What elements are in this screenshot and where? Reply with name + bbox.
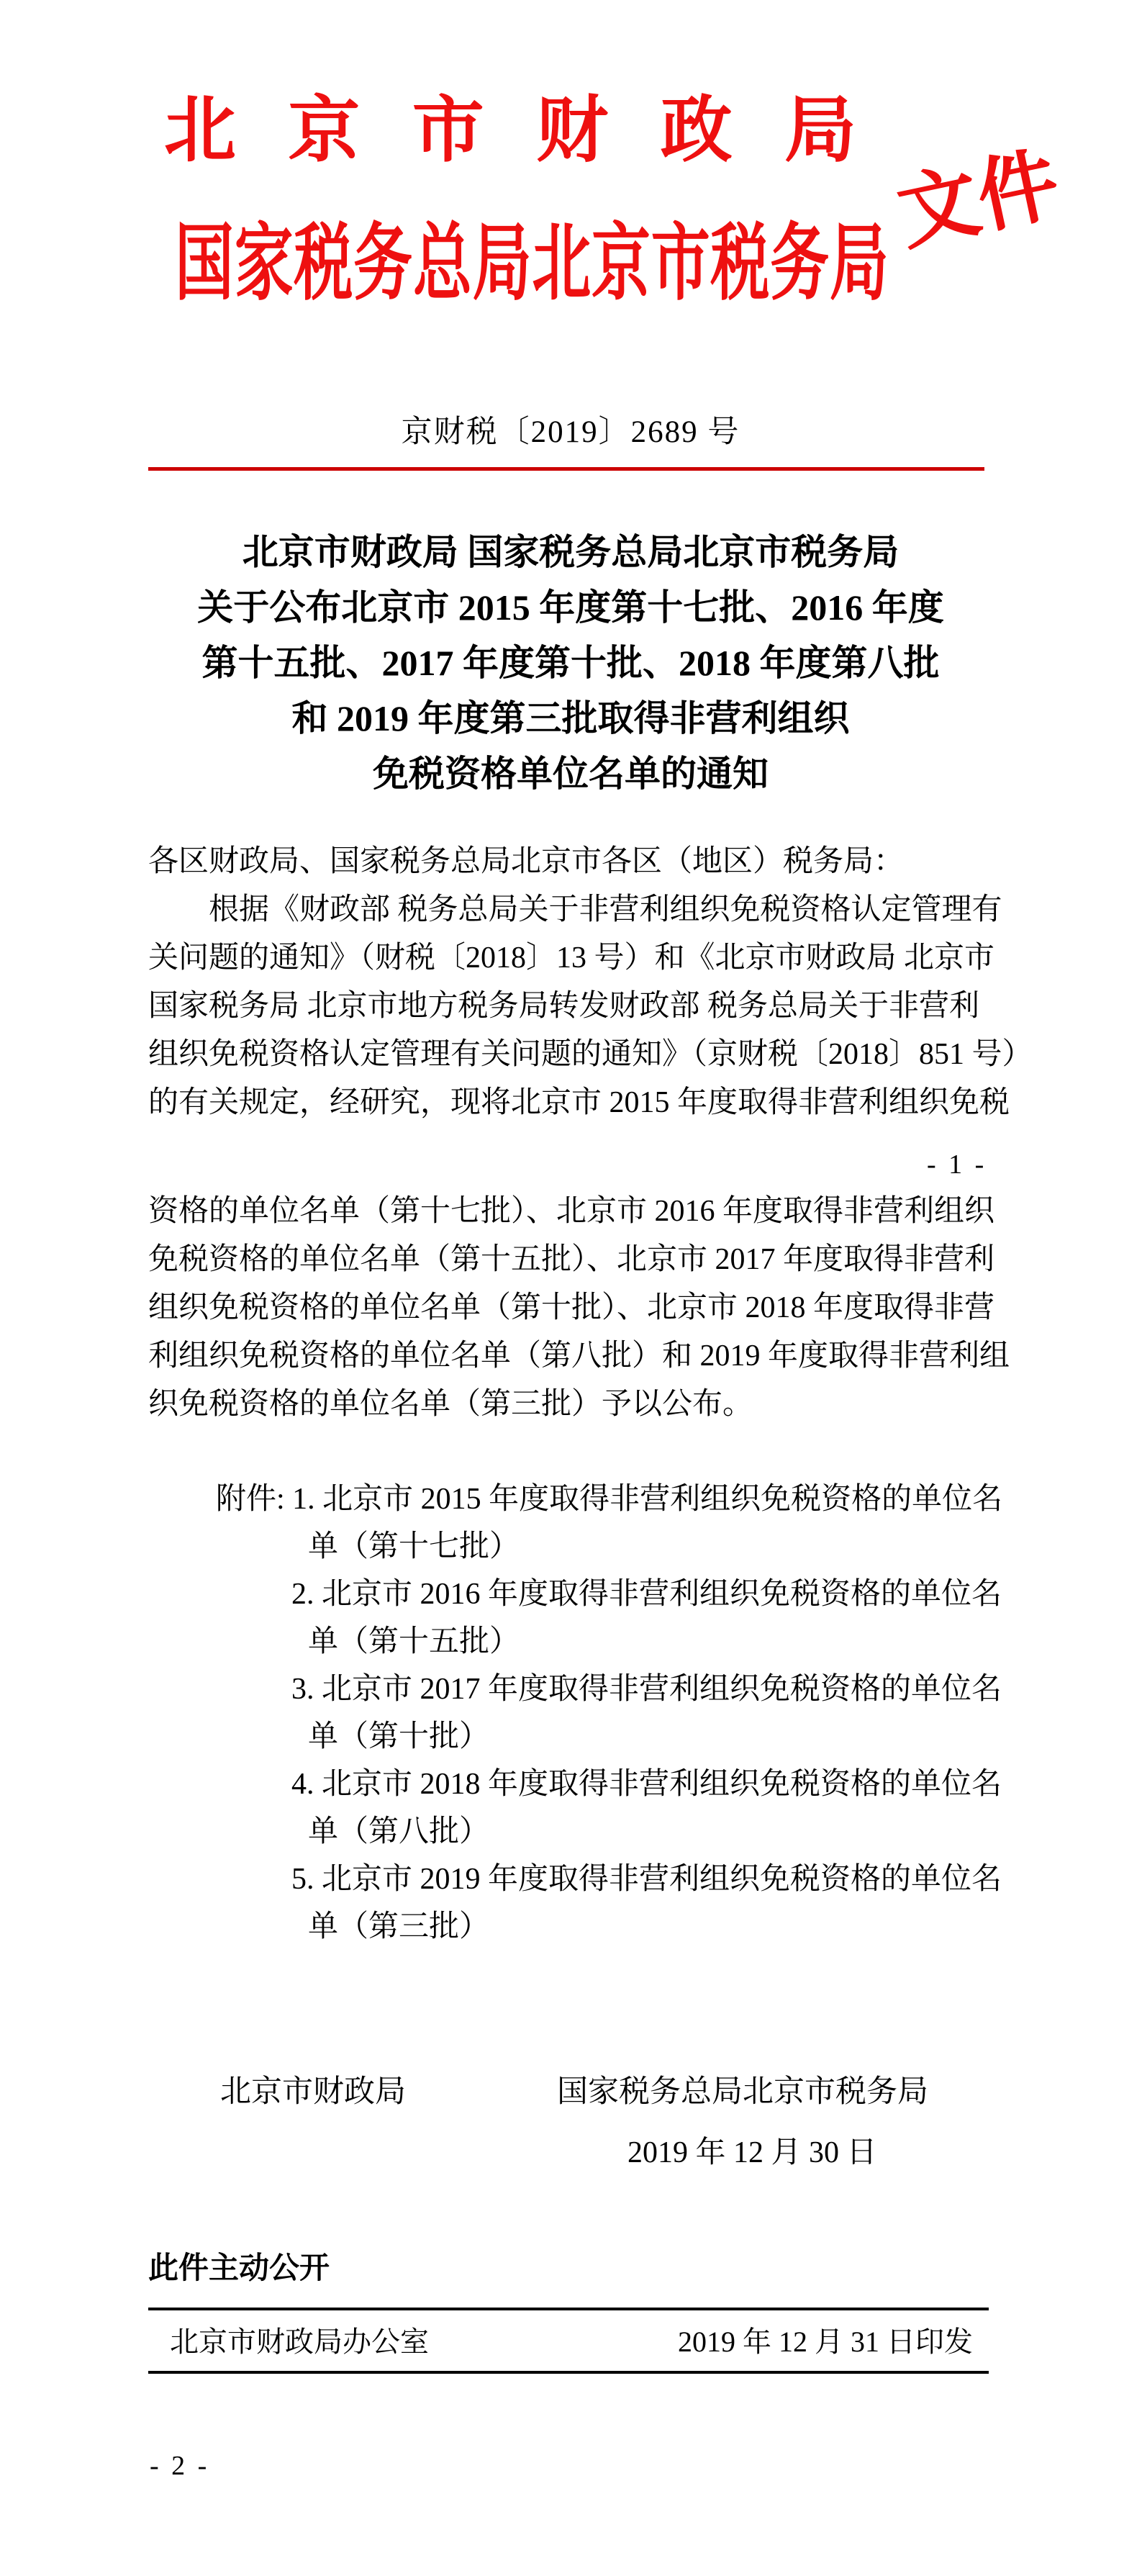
letterhead-char: 财 [536, 91, 608, 171]
attachments-list: 附件: 1. 北京市 2015 年度取得非营利组织免税资格的单位名 单（第十七批… [148, 1475, 1105, 1951]
body-line: 的有关规定，经研究，现将北京市 2015 年度取得非营利组织免税 [148, 1079, 1105, 1127]
title-line-4: 和 2019 年度第三批取得非营利组织 [112, 691, 1029, 746]
letterhead-char: 市 [412, 91, 484, 171]
letterhead-char: 务 [770, 220, 829, 308]
title-line-1: 北京市财政局 国家税务总局北京市税务局 [112, 525, 1029, 580]
letterhead-agency-line2: 国家税务总局北京市税务局 [175, 220, 889, 308]
signature-agency-left: 北京市财政局 [220, 2074, 406, 2110]
body-line: 组织免税资格认定管理有关问题的通知》（京财税〔2018〕851 号） [148, 1031, 1105, 1079]
title-line-3: 第十五批、2017 年度第十批、2018 年度第八批 [112, 636, 1029, 691]
footer-print-date: 2019 年 12 月 31 日印发 [678, 2322, 973, 2362]
attachment-item-4: 4. 北京市 2018 年度取得非营利组织免税资格的单位名 [148, 1761, 1105, 1808]
letterhead-char: 务 [353, 220, 412, 308]
body-line: 织免税资格的单位名单（第三批）予以公布。 [148, 1380, 1105, 1429]
red-divider-rule [148, 467, 984, 471]
letterhead-char: 家 [235, 220, 294, 308]
attachment-item-1: 附件: 1. 北京市 2015 年度取得非营利组织免税资格的单位名 [148, 1475, 1105, 1523]
letterhead-doc-type-label: 文件 [892, 144, 1066, 256]
footer-issuing-office: 北京市财政局办公室 [170, 2322, 429, 2362]
attachment-item-4-cont: 单（第八批） [148, 1808, 1105, 1856]
title-line-2: 关于公布北京市 2015 年度第十七批、2016 年度 [112, 580, 1029, 636]
letterhead-char: 税 [294, 220, 353, 308]
doc-reference-number: 京财税〔2019〕2689 号 [148, 415, 993, 451]
attachment-item-5: 5. 北京市 2019 年度取得非营利组织免税资格的单位名 [148, 1856, 1105, 1903]
body-line: 关问题的通知》（财税〔2018〕13 号）和《北京市财政局 北京市 [148, 934, 1105, 982]
letterhead-char: 京 [288, 91, 360, 171]
footer-row: 北京市财政局办公室 2019 年 12 月 31 日印发 [148, 2322, 989, 2362]
letterhead-char: 局 [473, 220, 532, 308]
attachment-item-2: 2. 北京市 2016 年度取得非营利组织免税资格的单位名 [148, 1571, 1105, 1618]
letterhead-agency-line1: 北京市财政局 [164, 91, 856, 171]
official-document-page: 北京市财政局 国家税务总局北京市税务局 文件 京财税〔2019〕2689 号 北… [0, 0, 1142, 2576]
body-line: 组织免税资格的单位名单（第十批）、北京市 2018 年度取得非营 [148, 1284, 1105, 1332]
footer-rule-top [148, 2308, 989, 2310]
attachment-item-3: 3. 北京市 2017 年度取得非营利组织免税资格的单位名 [148, 1666, 1105, 1713]
body-page2: 资格的单位名单（第十七批）、北京市 2016 年度取得非营利组织 免税资格的单位… [148, 1188, 1105, 1429]
signature-date: 2019 年 12 月 30 日 [627, 2135, 877, 2171]
letterhead-char: 市 [651, 220, 710, 308]
letterhead-char: 北 [164, 91, 236, 171]
letterhead-char: 税 [710, 220, 769, 308]
page-number-1: - 1 - [927, 1149, 987, 1180]
footer-rule-bottom [148, 2371, 989, 2374]
page-number-2: - 2 - [150, 2450, 209, 2482]
letterhead-char: 北 [532, 220, 591, 308]
disclosure-note: 此件主动公开 [148, 2250, 330, 2287]
letterhead-char: 政 [661, 91, 733, 171]
notice-title: 北京市财政局 国家税务总局北京市税务局 关于公布北京市 2015 年度第十七批、… [112, 525, 1029, 802]
letterhead-char: 局 [830, 220, 889, 308]
attachment-item-3-cont: 单（第十批） [148, 1713, 1105, 1761]
letterhead-char: 局 [784, 91, 856, 171]
body-line: 资格的单位名单（第十七批）、北京市 2016 年度取得非营利组织 [148, 1188, 1105, 1236]
letterhead-char: 国 [175, 220, 234, 308]
attachment-item-5-cont: 单（第三批） [148, 1903, 1105, 1951]
body-page1: 各区财政局、国家税务总局北京市各区（地区）税务局： 根据《财政部 税务总局关于非… [148, 838, 1105, 1127]
salutation-line: 各区财政局、国家税务总局北京市各区（地区）税务局： [148, 838, 1105, 886]
title-line-5: 免税资格单位名单的通知 [112, 746, 1029, 802]
attachment-item-1-cont: 单（第十七批） [148, 1523, 1105, 1571]
body-line: 根据《财政部 税务总局关于非营利组织免税资格认定管理有 [148, 886, 1105, 934]
body-line: 利组织免税资格的单位名单（第八批）和 2019 年度取得非营利组 [148, 1332, 1105, 1380]
body-line: 国家税务局 北京市地方税务局转发财政部 税务总局关于非营利 [148, 982, 1105, 1031]
letterhead-char: 总 [413, 220, 472, 308]
body-line: 免税资格的单位名单（第十五批）、北京市 2017 年度取得非营利 [148, 1236, 1105, 1284]
letterhead-char: 京 [592, 220, 651, 308]
attachment-item-2-cont: 单（第十五批） [148, 1618, 1105, 1666]
signature-agency-right: 国家税务总局北京市税务局 [557, 2074, 928, 2110]
